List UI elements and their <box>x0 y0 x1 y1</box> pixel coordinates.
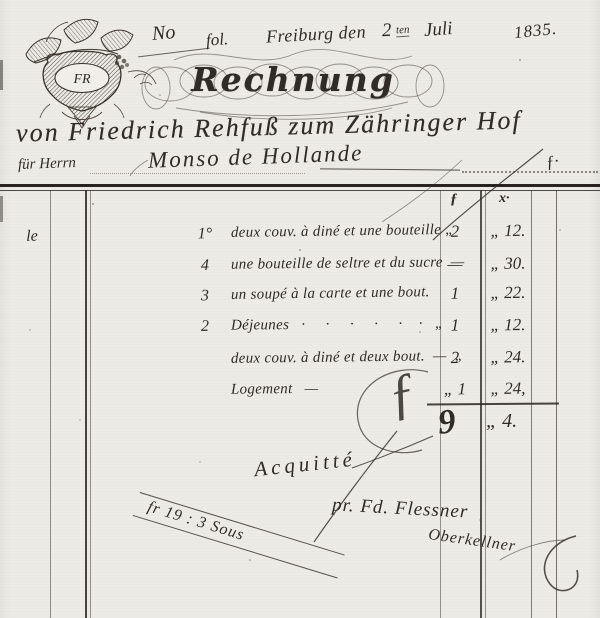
currency-mark: ƒ· <box>545 151 560 173</box>
table-row: 2 Déjeunes · · · · · · „ 1 „ 12. <box>0 314 600 345</box>
row-desc-cell: deux couv. à diné et une bouteille „ <box>231 222 454 242</box>
invoice-document: FR No fol. Freiburg den 2 ten Juli 1835. <box>0 0 600 618</box>
row-florin-cell: 1 <box>432 284 478 305</box>
total-kreuzer-value: „ 4. <box>486 410 517 433</box>
no-label: No <box>151 21 176 46</box>
row-qty-cell: 1° <box>188 225 222 243</box>
date-day-ordinal: ten <box>396 24 410 38</box>
kreuzer-column-header: x· <box>499 191 510 207</box>
row-kreuzer-cell: „ 12. <box>482 315 534 335</box>
row-kreuzer-cell: „ 12. <box>482 221 534 242</box>
row-qty-cell: 4 <box>188 257 222 275</box>
row-desc-cell: un soupé à la carte et une bout. <box>231 284 430 304</box>
row-florin-cell: 1 <box>432 315 478 335</box>
row-florin-cell: 2 <box>432 348 478 369</box>
florin-column-header: ƒ <box>450 191 458 208</box>
signature-name: pr. Fd. Flessner <box>332 494 469 523</box>
row-qty-cell: 3 <box>188 287 222 305</box>
row-kreuzer-cell: „ 22. <box>482 283 534 304</box>
customer-fill-dash <box>320 168 460 171</box>
paper-edge-smudge <box>0 196 3 222</box>
date-month: Juli <box>423 18 453 42</box>
conversion-note: fr 19 : 3 Sous <box>133 492 345 578</box>
acquit-note: Acquitté <box>253 447 357 483</box>
table-row: 4 une bouteille de seltre et du sucre — … <box>0 253 600 285</box>
row-date-cell: le <box>14 227 50 246</box>
table-row: Logement — „ 1 „ 24, <box>0 378 600 410</box>
date-year: 1835. <box>513 19 558 43</box>
table-top-rule-thick <box>0 184 600 187</box>
monogram-crest: FR <box>6 12 158 130</box>
customer-label: für Herrn <box>18 155 76 174</box>
row-desc-cell: Logement — <box>231 381 319 399</box>
row-florin-cell: „ 1 <box>432 379 478 399</box>
row-qty-cell: 2 <box>188 318 222 336</box>
monogram-initials: FR <box>72 72 91 87</box>
row-desc-cell: Déjeunes · · · · · · „ <box>231 316 444 335</box>
row-florin-cell: 2 <box>432 222 478 243</box>
row-kreuzer-cell: „ 24. <box>482 347 534 368</box>
header-dotted-fill <box>462 171 598 173</box>
customer-dotted-line <box>90 173 305 174</box>
row-kreuzer-cell: „ 30. <box>482 254 534 275</box>
place-date-text: Freiburg den <box>266 21 367 47</box>
row-desc-cell: une bouteille de seltre et du sucre — <box>231 254 465 273</box>
paper-edge-smudge <box>0 60 3 90</box>
total-florins-value: 9 <box>436 401 457 442</box>
date-day: 2 <box>381 20 392 42</box>
page-title: Rechnung <box>150 60 436 99</box>
row-florin-cell: — <box>432 254 478 274</box>
row-desc-cell: deux couv. à diné et deux bout. — „ <box>231 348 464 368</box>
row-kreuzer-cell: „ 24, <box>482 379 534 400</box>
row-date-cell <box>14 289 50 290</box>
